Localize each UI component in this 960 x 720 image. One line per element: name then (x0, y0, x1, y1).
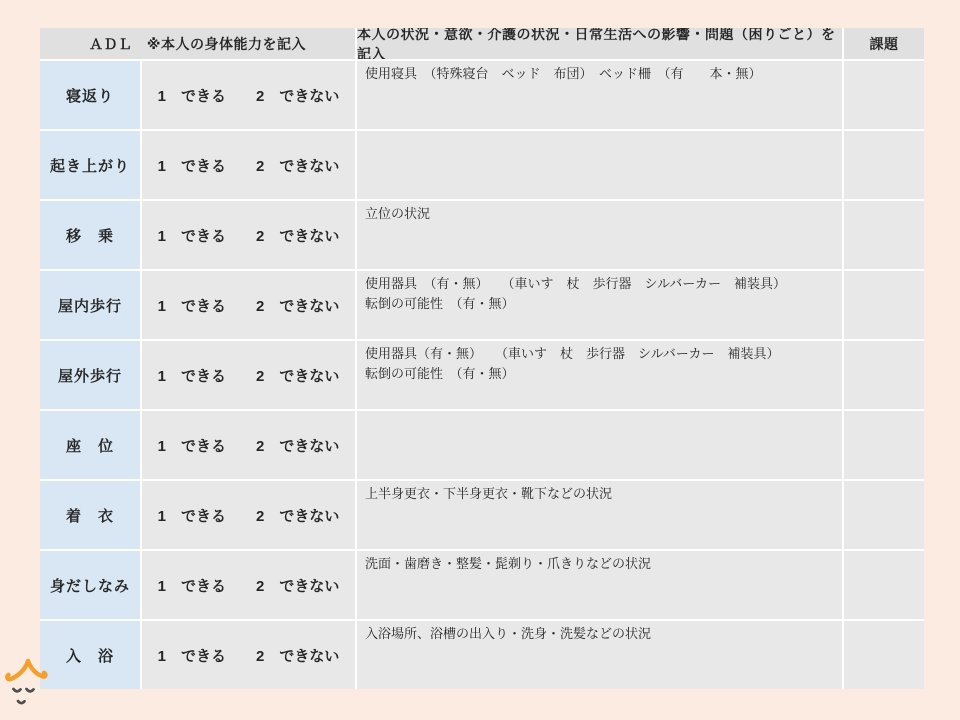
situation-cell[interactable]: 立位の状況 (357, 201, 842, 269)
situation-cell[interactable]: 使用器具 （有・無） （車いす 杖 歩行器 シルバーカー 補装具） 転倒の可能性… (357, 271, 842, 339)
ability-cell[interactable]: 1 できる 2 できない (142, 131, 355, 199)
header-adl: ＡＤＬ ※本人の身体能力を記入 (40, 28, 355, 59)
issue-cell[interactable] (844, 131, 924, 199)
row-label-nyuuyoku: 入 浴 (40, 621, 140, 689)
row-label-okiagari: 起き上がり (40, 131, 140, 199)
ability-cell[interactable]: 1 できる 2 できない (142, 61, 355, 129)
row-label-chakui: 着 衣 (40, 481, 140, 549)
ability-cell[interactable]: 1 できる 2 できない (142, 341, 355, 409)
issue-cell[interactable] (844, 201, 924, 269)
ability-cell[interactable]: 1 できる 2 できない (142, 481, 355, 549)
adl-assessment-table: ＡＤＬ ※本人の身体能力を記入 本人の状況・意欲・介護の状況・日常生活への影響・… (40, 28, 924, 689)
situation-cell[interactable] (357, 131, 842, 199)
row-label-ijou: 移 乗 (40, 201, 140, 269)
row-label-midashinami: 身だしなみ (40, 551, 140, 619)
ability-cell[interactable]: 1 できる 2 できない (142, 551, 355, 619)
row-label-zai: 座 位 (40, 411, 140, 479)
situation-cell[interactable]: 上半身更衣・下半身更衣・靴下などの状況 (357, 481, 842, 549)
ability-cell[interactable]: 1 できる 2 できない (142, 271, 355, 339)
ability-cell[interactable]: 1 できる 2 できない (142, 621, 355, 689)
issue-cell[interactable] (844, 61, 924, 129)
header-situation: 本人の状況・意欲・介護の状況・日常生活への影響・問題（困りごと）を記入 (357, 28, 842, 59)
ability-cell[interactable]: 1 できる 2 できない (142, 201, 355, 269)
issue-cell[interactable] (844, 621, 924, 689)
situation-cell[interactable] (357, 411, 842, 479)
issue-cell[interactable] (844, 481, 924, 549)
row-label-negaeri: 寝返り (40, 61, 140, 129)
situation-cell[interactable]: 洗面・歯磨き・整髪・髭剃り・爪きりなどの状況 (357, 551, 842, 619)
smiley-face-mascot-icon (2, 656, 50, 716)
situation-cell[interactable]: 使用器具（有・無） （車いす 杖 歩行器 シルバーカー 補装具） 転倒の可能性 … (357, 341, 842, 409)
row-label-okugai-hokou: 屋外歩行 (40, 341, 140, 409)
row-label-okunai-hokou: 屋内歩行 (40, 271, 140, 339)
adl-form-page: ＡＤＬ ※本人の身体能力を記入 本人の状況・意欲・介護の状況・日常生活への影響・… (0, 0, 960, 720)
issue-cell[interactable] (844, 551, 924, 619)
issue-cell[interactable] (844, 411, 924, 479)
header-issue: 課題 (844, 28, 924, 59)
issue-cell[interactable] (844, 341, 924, 409)
issue-cell[interactable] (844, 271, 924, 339)
situation-cell[interactable]: 使用寝具 （特殊寝台 ベッド 布団） ベッド柵 （有 本・無） (357, 61, 842, 129)
situation-cell[interactable]: 入浴場所、浴槽の出入り・洗身・洗髪などの状況 (357, 621, 842, 689)
ability-cell[interactable]: 1 できる 2 できない (142, 411, 355, 479)
